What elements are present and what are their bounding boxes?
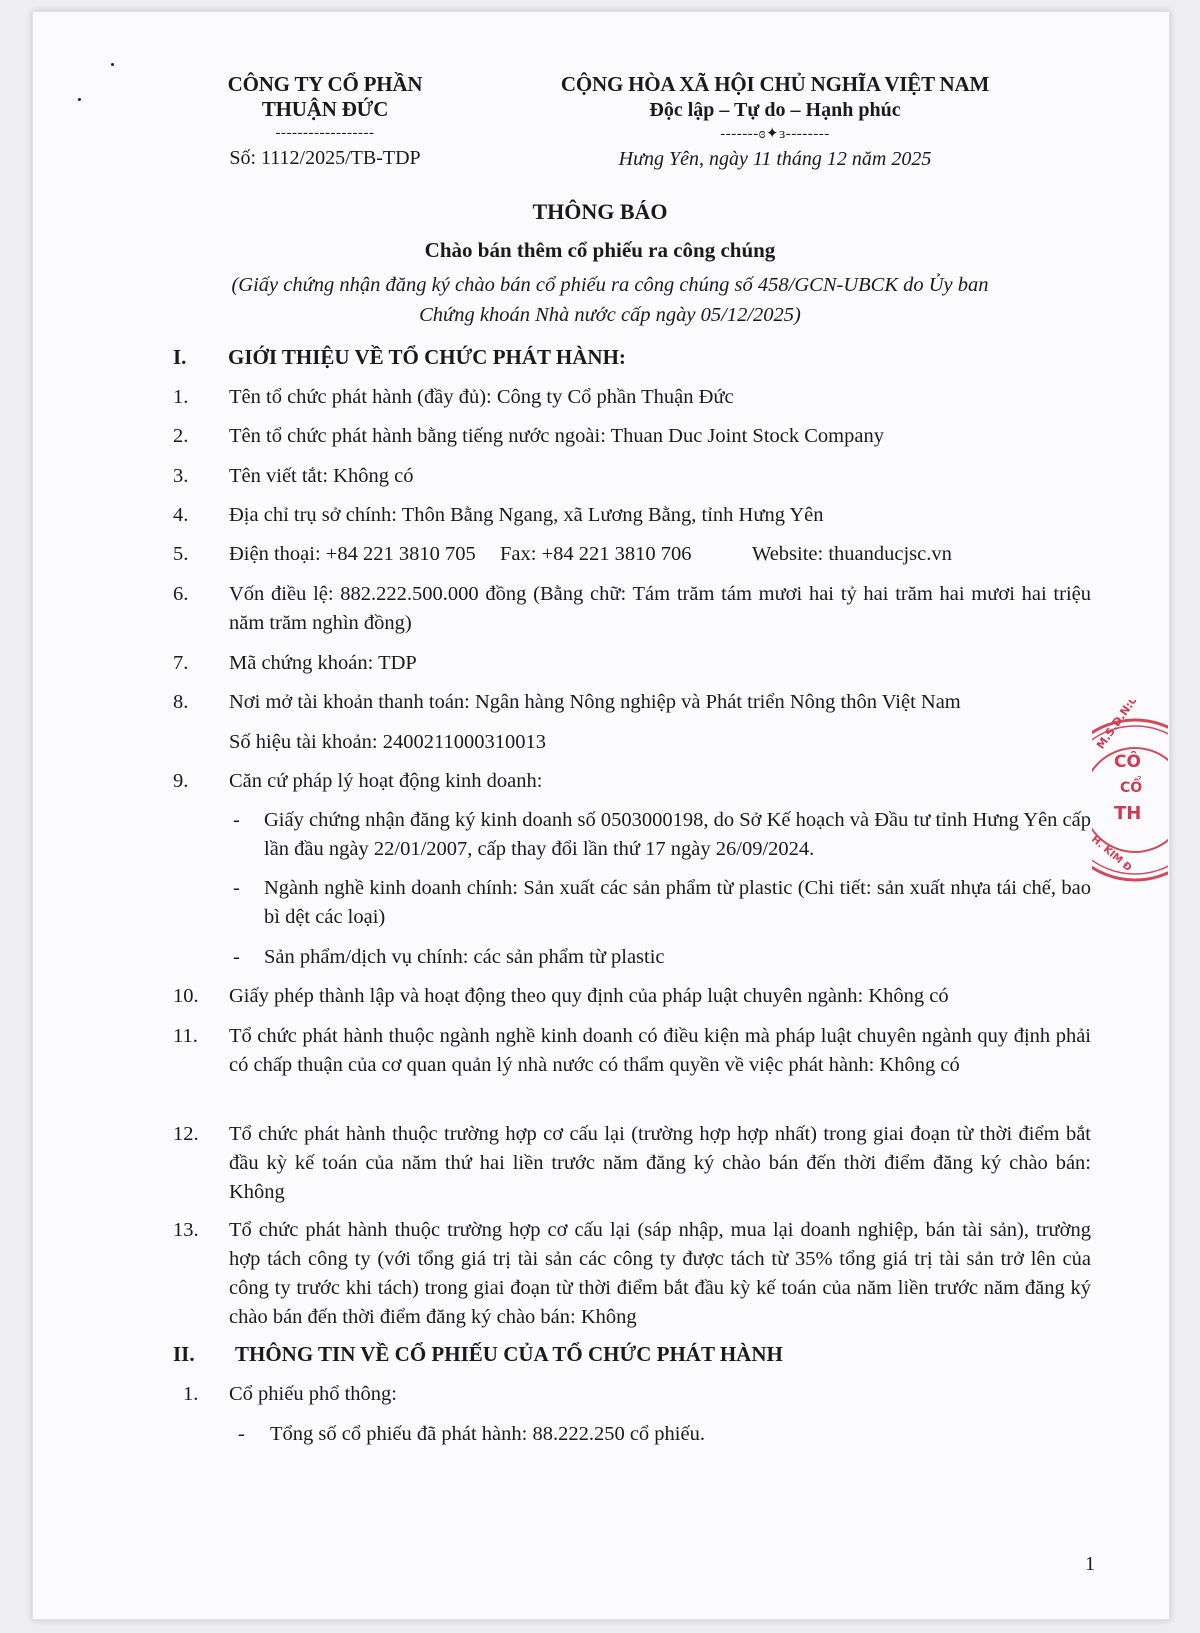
- fax-text: Fax: +84 221 3810 706: [500, 540, 692, 569]
- seal-line1: CÔ: [1114, 752, 1141, 772]
- item-text: Cổ phiếu phổ thông:: [229, 1380, 1091, 1409]
- nation-name: CỘNG HÒA XÃ HỘI CHỦ NGHĨA VIỆT NAM: [540, 72, 1010, 97]
- bullet-dash: -: [233, 943, 240, 972]
- company-name-line2: THUẬN ĐỨC: [185, 97, 465, 122]
- item-text: Tên viết tắt: Không có: [229, 462, 1091, 491]
- page-number: 1: [1085, 1553, 1095, 1576]
- certificate-note-line1: (Giấy chứng nhận đăng ký chào bán cổ phi…: [170, 270, 1050, 300]
- company-name-line1: CÔNG TY CỔ PHẦN: [185, 72, 465, 97]
- item-text: Giấy phép thành lập và hoạt động theo qu…: [229, 982, 1091, 1011]
- item-number: 1.: [173, 383, 188, 412]
- seal-line2: CỔ: [1120, 780, 1142, 796]
- section-title: GIỚI THIỆU VỀ TỔ CHỨC PHÁT HÀNH:: [228, 343, 1090, 372]
- item-text: Vốn điều lệ: 882.222.500.000 đồng (Bằng …: [229, 580, 1091, 638]
- motto-divider: -------ɞ✦ɜ--------: [540, 123, 1010, 145]
- item-text: Căn cứ pháp lý hoạt động kinh doanh:: [229, 767, 1091, 796]
- item-number: 4.: [173, 501, 188, 530]
- document-number: Số: 1112/2025/TB-TDP: [185, 144, 465, 172]
- item-number: 7.: [173, 649, 188, 678]
- place-date: Hưng Yên, ngày 11 tháng 12 năm 2025: [540, 145, 1010, 173]
- section-number: II.: [173, 1340, 195, 1369]
- item-text: Nơi mở tài khoản thanh toán: Ngân hàng N…: [229, 688, 1091, 717]
- bullet-text: Sản phẩm/dịch vụ chính: các sản phẩm từ …: [264, 943, 1091, 972]
- company-header: CÔNG TY CỔ PHẦN THUẬN ĐỨC --------------…: [185, 72, 465, 172]
- section-number: I.: [173, 343, 186, 372]
- certificate-note: (Giấy chứng nhận đăng ký chào bán cổ phi…: [170, 270, 1050, 330]
- item-number: 12.: [173, 1120, 199, 1149]
- item-text: Tổ chức phát hành thuộc ngành nghề kinh …: [229, 1022, 1091, 1080]
- item-number: 11.: [173, 1022, 198, 1051]
- item-text: Địa chỉ trụ sở chính: Thôn Bằng Ngang, x…: [229, 501, 1091, 530]
- document-title: THÔNG BÁO: [32, 199, 1168, 225]
- phone-text: Điện thoại: +84 221 3810 705: [229, 540, 476, 569]
- certificate-note-line2: Chứng khoán Nhà nước cấp ngày 05/12/2025…: [170, 300, 1050, 330]
- company-divider: ------------------: [185, 122, 465, 144]
- item-text: Tổ chức phát hành thuộc trường hợp cơ cấ…: [229, 1120, 1091, 1207]
- item-number: 2.: [173, 422, 188, 451]
- national-header: CỘNG HÒA XÃ HỘI CHỦ NGHĨA VIỆT NAM Độc l…: [540, 72, 1010, 173]
- paper-mark: [111, 63, 114, 66]
- website-text: Website: thuanducjsc.vn: [752, 540, 952, 569]
- bullet-dash: -: [233, 806, 240, 835]
- item-number: 9.: [173, 767, 188, 796]
- national-motto: Độc lập – Tự do – Hạnh phúc: [540, 97, 1010, 123]
- seal-line3: TH: [1114, 803, 1141, 824]
- bullet-dash: -: [233, 874, 240, 903]
- item-number: 13.: [173, 1216, 199, 1245]
- company-seal: ★ M.S.D.N:0900 CÔ CỔ TH H. KIM Đ: [1092, 700, 1168, 900]
- item-text: Mã chứng khoán: TDP: [229, 649, 1091, 678]
- account-text: Số hiệu tài khoản: 2400211000310013: [229, 728, 1091, 757]
- bullet-text: Tổng số cổ phiếu đã phát hành: 88.222.25…: [270, 1420, 1097, 1449]
- item-number: 10.: [173, 982, 199, 1011]
- item-number: 3.: [173, 462, 188, 491]
- item-number: 6.: [173, 580, 188, 609]
- bullet-text: Ngành nghề kinh doanh chính: Sản xuất cá…: [264, 874, 1091, 932]
- item-number: 1.: [183, 1380, 198, 1409]
- document-subtitle: Chào bán thêm cổ phiếu ra công chúng: [32, 238, 1168, 263]
- section-title: THÔNG TIN VỀ CỔ PHIẾU CỦA TỔ CHỨC PHÁT H…: [235, 1340, 1097, 1369]
- item-number: 8.: [173, 688, 188, 717]
- bullet-text: Giấy chứng nhận đăng ký kinh doanh số 05…: [264, 806, 1091, 864]
- paper-mark: [78, 98, 81, 101]
- item-text: Tên tổ chức phát hành bằng tiếng nước ng…: [229, 422, 1091, 451]
- item-text: Tên tổ chức phát hành (đầy đủ): Công ty …: [229, 383, 1091, 412]
- item-text: Tổ chức phát hành thuộc trường hợp cơ cấ…: [229, 1216, 1091, 1332]
- item-number: 5.: [173, 540, 188, 569]
- bullet-dash: -: [238, 1420, 245, 1449]
